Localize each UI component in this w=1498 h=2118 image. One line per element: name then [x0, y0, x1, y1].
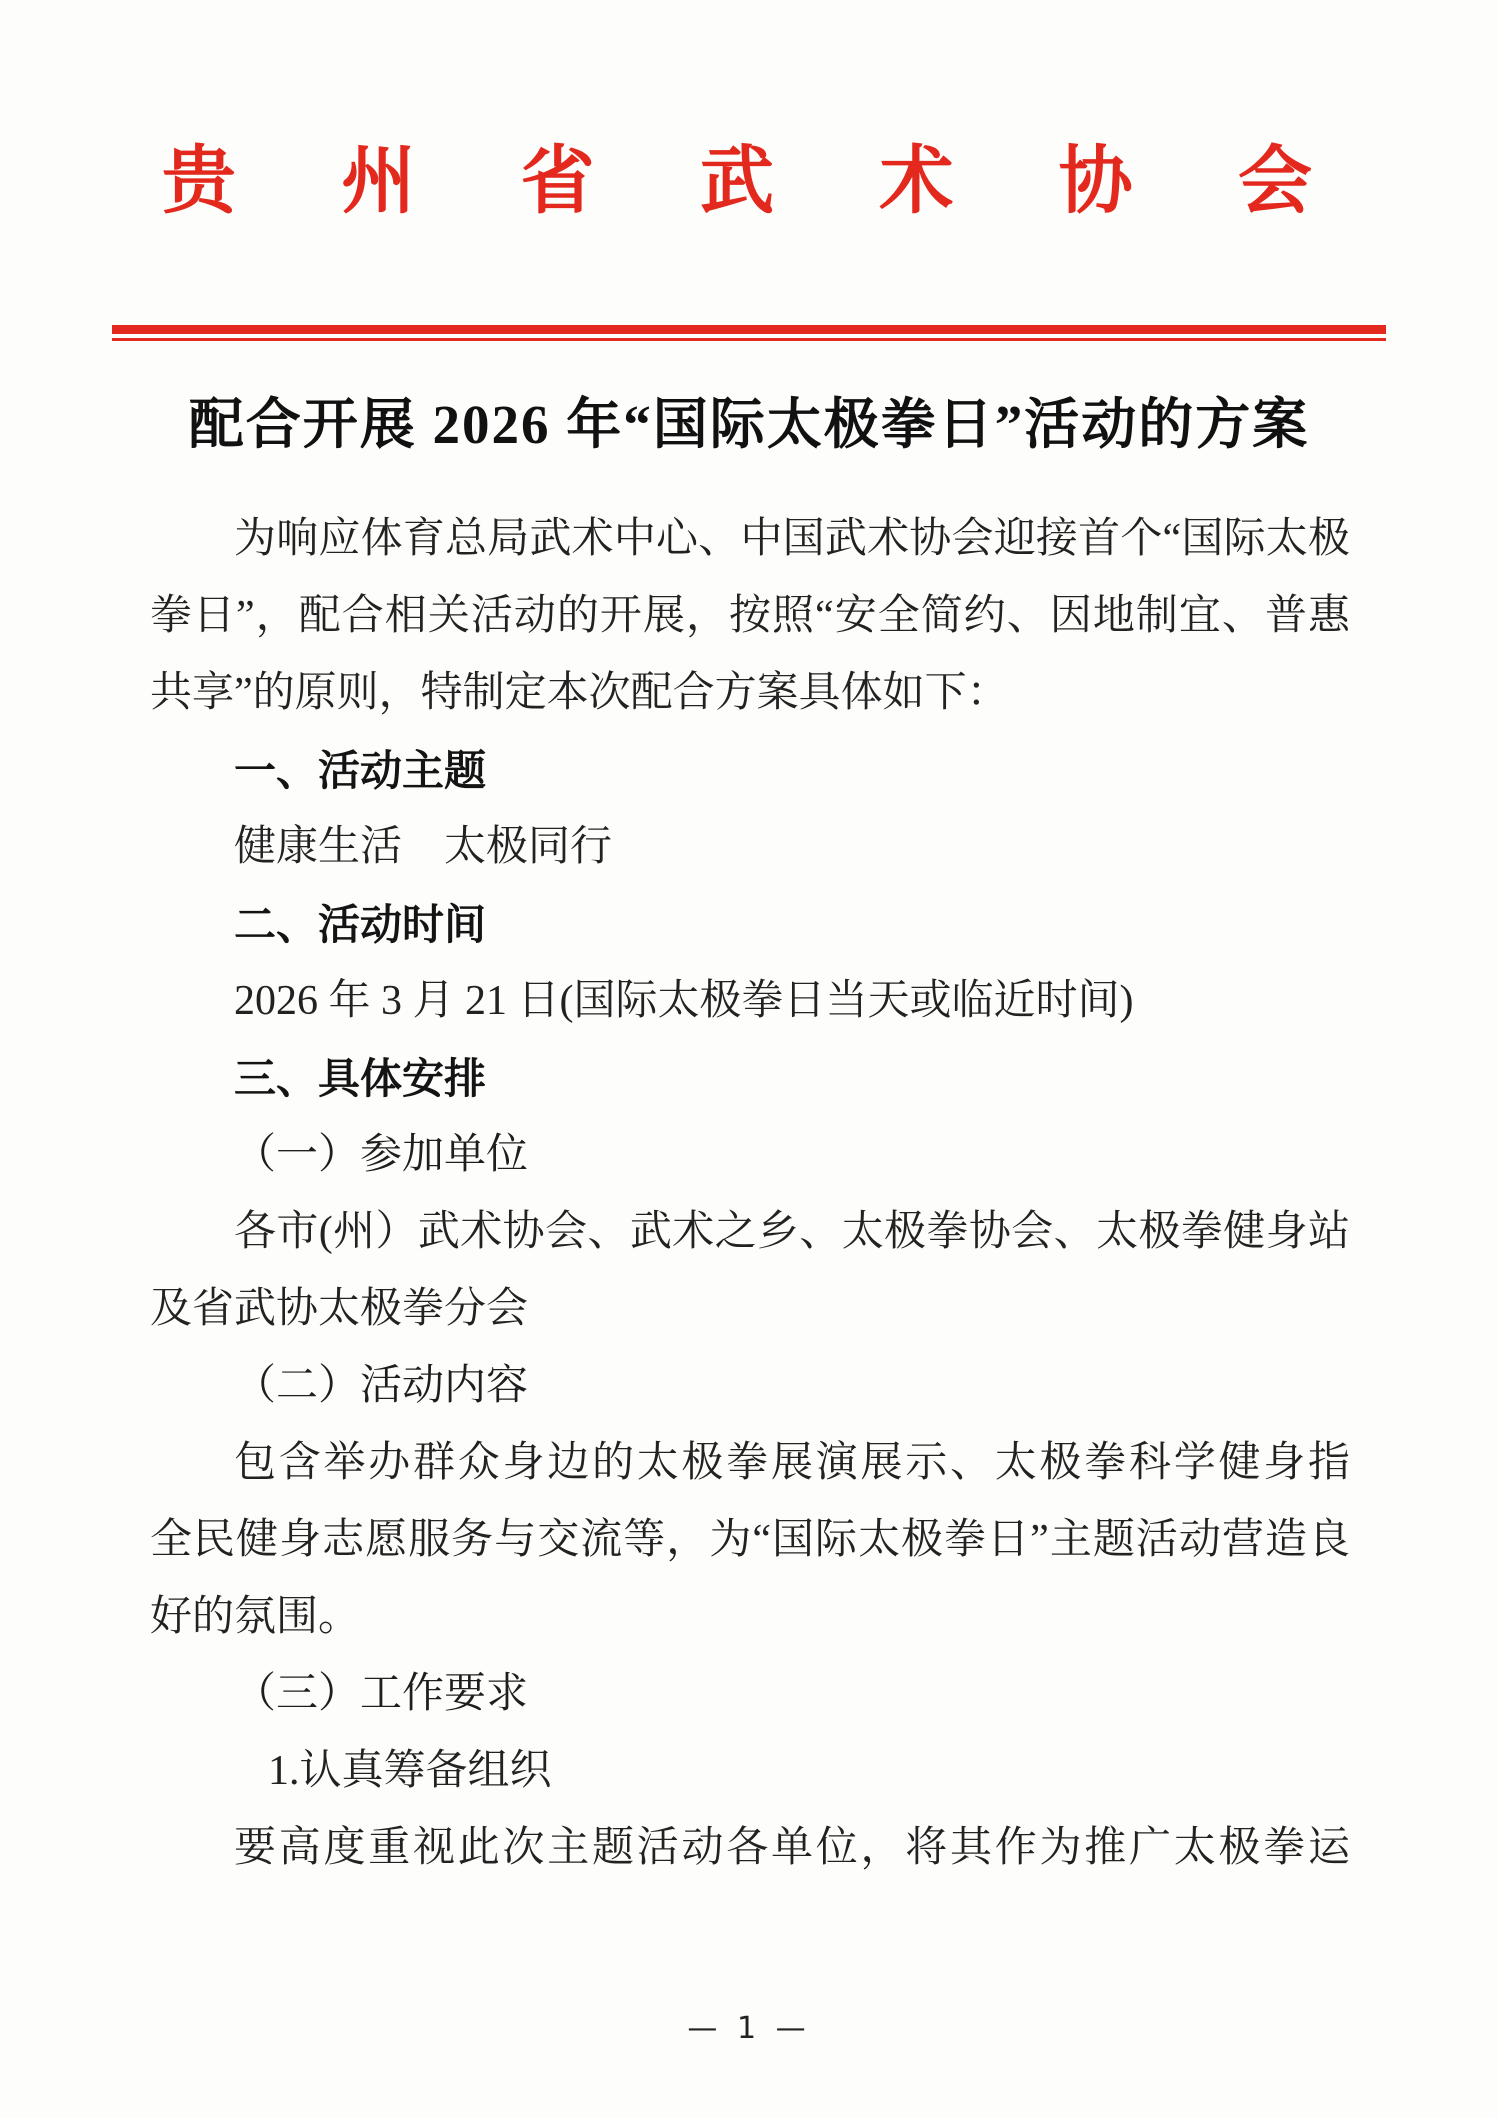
intro-line-1: 为响应体育总局武术中心、中国武术协会迎接首个“国际太极	[150, 501, 1350, 578]
document-title: 配合开展 2026 年“国际太极拳日”活动的方案	[0, 389, 1498, 461]
document-body: 为响应体育总局武术中心、中国武术协会迎接首个“国际太极 拳日”，配合相关活动的开…	[150, 501, 1350, 1887]
section-2-heading: 二、活动时间	[150, 886, 1350, 963]
divider-thin-line	[112, 338, 1386, 341]
subsection-2-heading: （二）活动内容	[150, 1348, 1350, 1425]
subsection-1-heading: （一）参加单位	[150, 1117, 1350, 1194]
intro-line-3: 共享”的原则，特制定本次配合方案具体如下：	[150, 655, 1350, 732]
requirement-1-line-1: 要高度重视此次主题活动各单位，将其作为推广太极拳运动、	[150, 1810, 1350, 1887]
activity-time-text: 2026 年 3 月 21 日(国际太极拳日当天或临近时间)	[150, 963, 1350, 1040]
document-page: 贵州省武术协会 配合开展 2026 年“国际太极拳日”活动的方案 为响应体育总局…	[0, 0, 1498, 2118]
activity-content-line-1: 包含举办群众身边的太极拳展演展示、太极拳科学健身指导、	[150, 1425, 1350, 1502]
participants-line-1: 各市(州）武术协会、武术之乡、太极拳协会、太极拳健身站点	[150, 1194, 1350, 1271]
participants-line-2: 及省武协太极拳分会	[150, 1271, 1350, 1348]
section-1-heading: 一、活动主题	[150, 732, 1350, 809]
activity-content-line-3: 好的氛围。	[150, 1579, 1350, 1656]
activity-content-line-2: 全民健身志愿服务与交流等，为“国际太极拳日”主题活动营造良	[150, 1502, 1350, 1579]
requirement-1-title: 1.认真筹备组织	[150, 1733, 1350, 1810]
org-letterhead-title: 贵州省武术协会	[162, 142, 1312, 223]
page-number: — 1 —	[0, 2011, 1498, 2046]
subsection-3-heading: （三）工作要求	[150, 1656, 1350, 1733]
divider-thick-line	[112, 325, 1386, 334]
letterhead-divider	[112, 325, 1386, 341]
intro-line-2: 拳日”，配合相关活动的开展，按照“安全简约、因地制宜、普惠	[150, 578, 1350, 655]
section-3-heading: 三、具体安排	[150, 1040, 1350, 1117]
activity-theme-text: 健康生活 太极同行	[150, 809, 1350, 886]
